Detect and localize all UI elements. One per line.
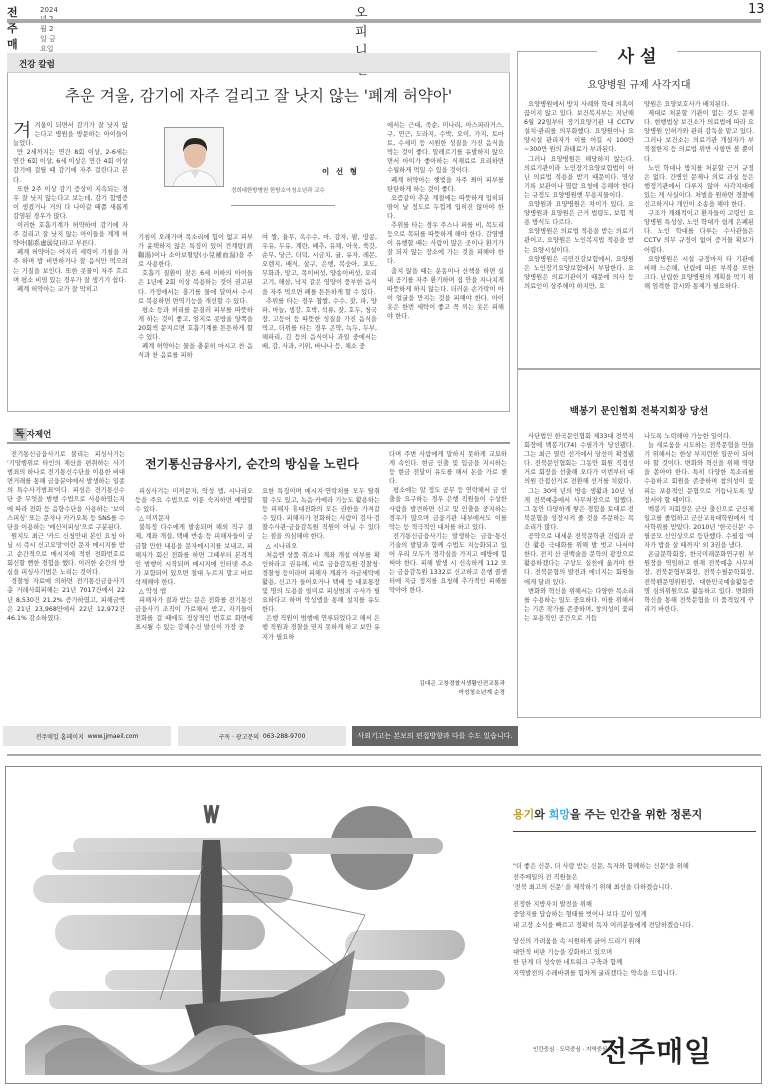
ship-illustration-icon <box>25 805 465 1075</box>
editorial-title: 요양병원 규제 사각지대 <box>517 76 761 91</box>
dropcap: 겨 <box>13 121 31 139</box>
page-number: 13 <box>748 2 765 17</box>
subscribe-info: 구독 · 광고문의 063-288-9700 <box>178 726 346 746</box>
footer-rule <box>7 754 761 756</box>
ad-tagline: 인간중심 · 도덕중심 · 지역중심 <box>533 1045 607 1053</box>
health-column-title: 추운 겨울, 감기에 자주 걸리고 잘 낫지 않는 '폐계 허약아' <box>7 84 510 106</box>
reader-col-4: 다며 주변 사람에게 말하지 못하게 교묘하게 속인다. 현금 인출 및 입금을… <box>389 450 507 680</box>
health-column-label: 건강 칼럼 <box>7 53 510 73</box>
affiliation-rule <box>231 205 335 206</box>
reader-column-label: 독자제언 <box>13 425 51 440</box>
author-photo <box>164 127 224 187</box>
ad-logo: 전주매일 <box>600 1030 712 1070</box>
editorial-heading: 사 설 <box>597 42 677 67</box>
issue-date: 2024년 2월 2일 금요일 <box>40 6 58 54</box>
reader-column-rule <box>7 442 510 444</box>
ad-headline: 용기와 희망을 주는 인간을 위한 정론지 <box>513 806 702 822</box>
health-col-3: 여 쌀, 율무, 옥수수, 마, 감자, 팥, 땅콩, 우유, 두유, 계란, … <box>262 233 377 411</box>
masthead-rule <box>7 19 761 23</box>
reader-col-2: 피싱사기는 미끼문자, 악성 앱, 시나리오 등을 주요 수법으로 이룬 숙지하… <box>135 487 253 720</box>
reader-column-title: 전기통신금융사기, 순간의 방심을 노린다 <box>145 455 359 472</box>
reader-col-1: 전기통신금융사기로 불리는 피싱사기는 '기망행위로 타인의 재산을 편취하는 … <box>7 450 125 720</box>
author-name: 이 선 형 <box>322 166 359 177</box>
news-col-2: 나도록 노력해야 가능한 일이다. 늘 새로움을 시도하는 전북문협을 만들기 … <box>644 432 754 714</box>
news-col-1: 사단법인 한국문인협회 제33대 전북지회장에 백봉기(74) 수필가가 당선됐… <box>524 432 634 714</box>
disclaimer: 사외기고는 본보의 편집방향과 다를 수도 있습니다. <box>352 726 518 746</box>
health-col-1: 겨 겨울이 되면서 감기가 잘 낫지 않는다고 병원을 방문하는 아이들이 늘었… <box>13 121 128 411</box>
ad-headline-rule <box>513 831 756 832</box>
homepage-link[interactable]: 전주매일 홈페이지 www.jjmaeil.com <box>3 726 171 746</box>
health-col-2: 기침이 오래가며 목소리에 힘이 없고 피부가 윤택하지 않은 특징이 있어 견… <box>138 233 253 411</box>
editorial-col-2: 양원은 요양보호사가 배치된다. 제대로 처분할 기관이 없는 것도 문제다. … <box>644 100 754 365</box>
news-article-title: 백봉기 문인협회 전북지회장 당선 <box>517 403 761 417</box>
portrait-icon <box>165 128 224 187</box>
author-affiliation: 경희대한방병원 한방소아청소년과 교수 <box>231 186 325 194</box>
reader-col-3: 요한 특징이며 메시지·연락처를 모두 탈취할 수도 있고, 녹음·카메라 기능… <box>262 487 380 720</box>
editorial-col-1: 요양병원에서 방치 사례와 학대 의혹이 끊이지 않고 있다. 보건복지부는 지… <box>524 100 634 365</box>
ad-body: "더 좋은 신문, 더 사랑 받는 신문, 독자와 함께하는 신문"을 위해 전… <box>513 862 758 985</box>
reader-byline: 김대곤 고창경찰서생활안전교통과 여성청소년계 순경 <box>380 680 505 698</box>
health-col-4: 에서는 근대, 죽순, 미나리, 아스파라거스, 구, 연근, 도라지, 수박,… <box>387 121 504 411</box>
